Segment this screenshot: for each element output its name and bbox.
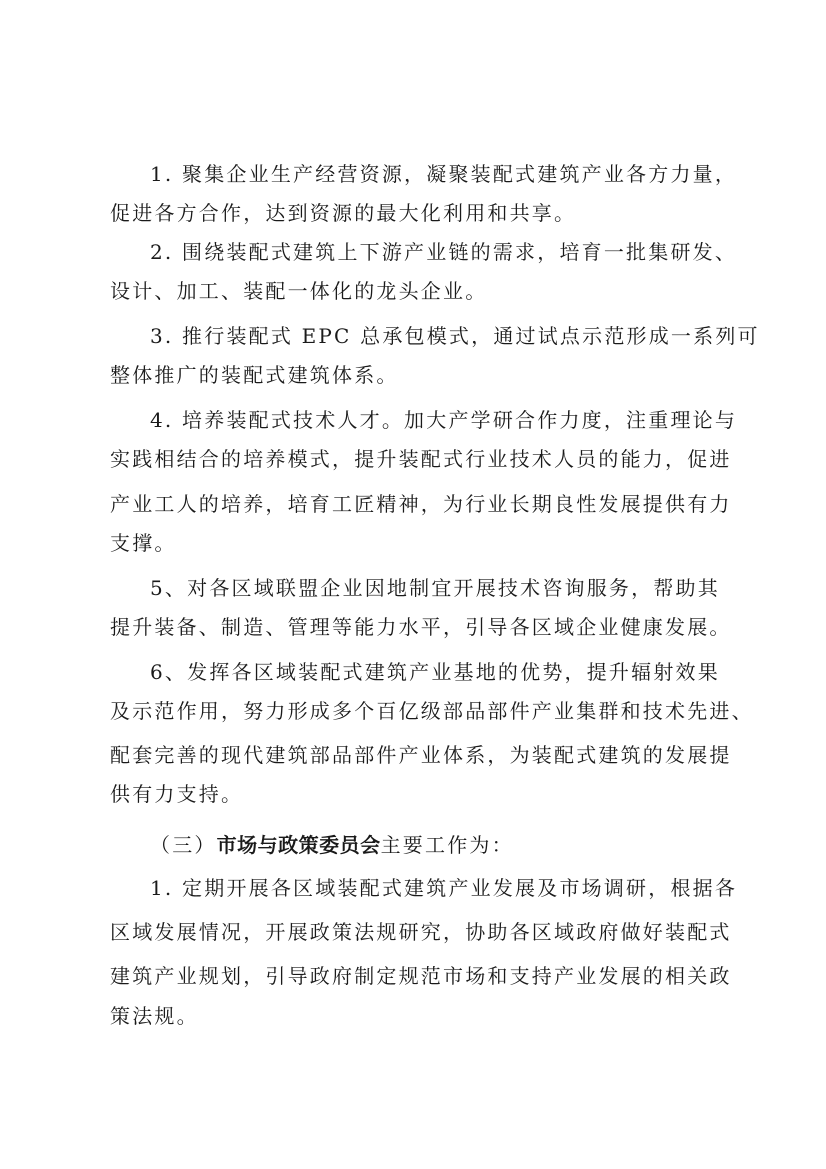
heading-prefix: （三） xyxy=(150,833,217,857)
paragraph-line: 整体推广的装配式建筑体系。 xyxy=(110,363,730,387)
paragraph-line: 1. 定期开展各区域装配式建筑产业发展及市场调研，根据各 xyxy=(150,876,730,900)
paragraph-line: 配套完善的现代建筑部品部件产业体系，为装配式建筑的发展提 xyxy=(110,743,730,767)
paragraph-line: 2. 围绕装配式建筑上下游产业链的需求，培育一批集研发、 xyxy=(150,240,730,264)
paragraph-line: 策法规。 xyxy=(110,1004,730,1028)
paragraph-line: 提升装备、制造、管理等能力水平，引导各区域企业健康发展。 xyxy=(110,615,730,639)
paragraph-line: 设计、加工、装配一体化的龙头企业。 xyxy=(110,279,730,303)
paragraph-line: 区域发展情况，开展政策法规研究，协助各区域政府做好装配式 xyxy=(110,920,730,944)
paragraph-line: 及示范作用，努力形成多个百亿级部品部件产业集群和技术先进、 xyxy=(110,699,730,723)
paragraph-line: 产业工人的培养，培育工匠精神，为行业长期良性发展提供有力 xyxy=(110,492,730,516)
paragraph-line: 促进各方合作，达到资源的最大化利用和共享。 xyxy=(110,201,730,225)
paragraph-line: 1. 聚集企业生产经营资源，凝聚装配式建筑产业各方力量， xyxy=(150,162,730,186)
paragraph-line: 3. 推行装配式 EPC 总承包模式，通过试点示范形成一系列可 xyxy=(150,324,730,348)
paragraph-line: 支撑。 xyxy=(110,531,730,555)
heading-bold-title: 市场与政策委员会 xyxy=(217,833,381,857)
heading-suffix: 主要工作为： xyxy=(381,833,514,857)
paragraph-line: 供有力支持。 xyxy=(110,782,730,806)
paragraph-line: 建筑产业规划，引导政府制定规范市场和支持产业发展的相关政 xyxy=(110,964,730,988)
paragraph-line: 实践相结合的培养模式，提升装配式行业技术人员的能力，促进 xyxy=(110,447,730,471)
paragraph-line: 5、对各区域联盟企业因地制宜开展技术咨询服务，帮助其 xyxy=(150,576,730,600)
paragraph-line: 4. 培养装配式技术人才。加大产学研合作力度，注重理论与 xyxy=(150,408,730,432)
section-heading: （三）市场与政策委员会主要工作为： xyxy=(150,833,770,857)
paragraph-line: 6、发挥各区域装配式建筑产业基地的优势，提升辐射效果 xyxy=(150,660,730,684)
